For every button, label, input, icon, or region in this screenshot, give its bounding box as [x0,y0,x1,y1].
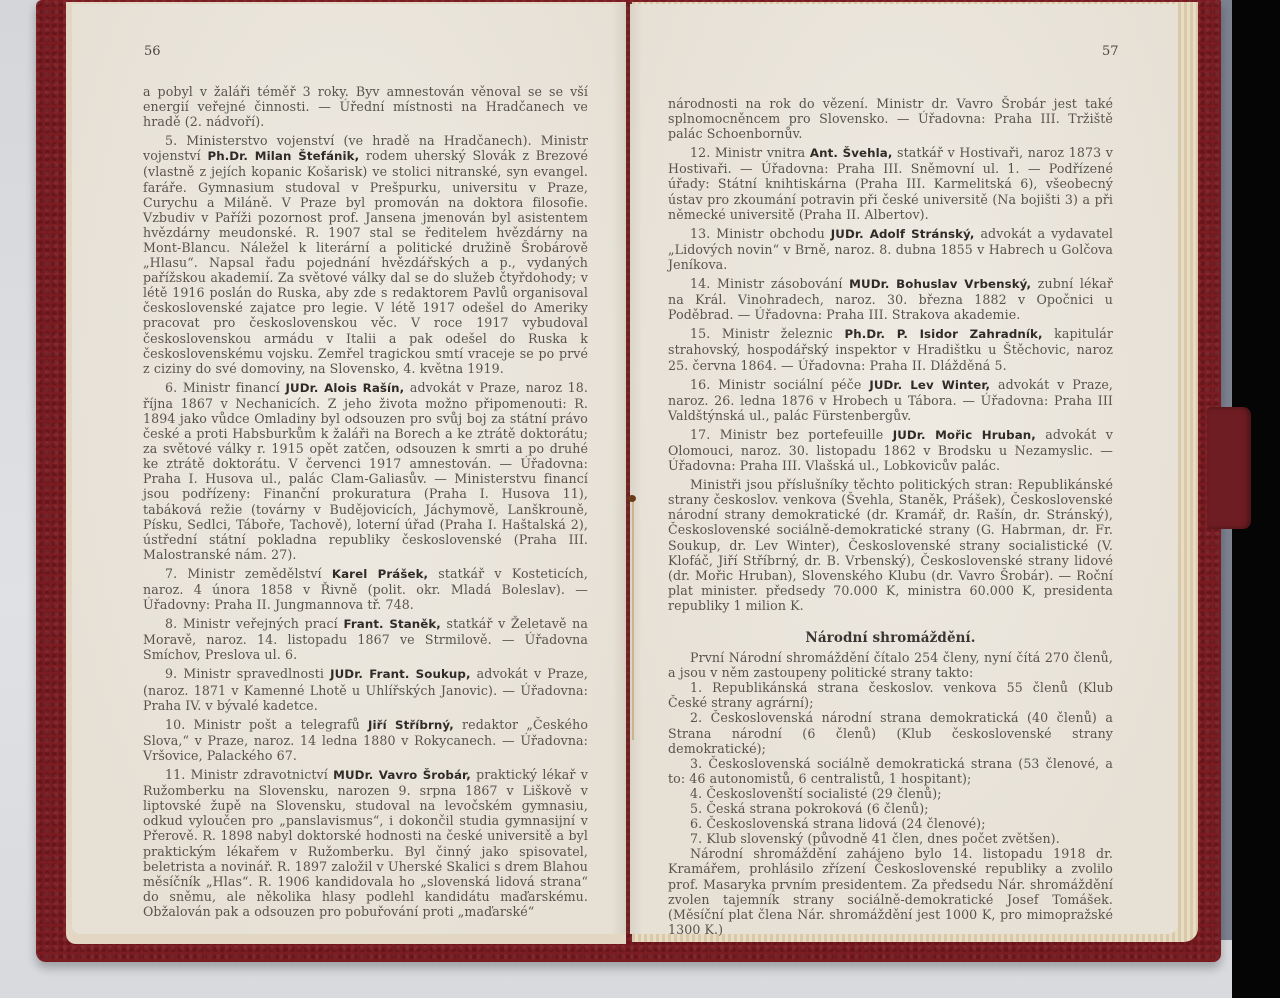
binding-knot [628,495,636,502]
party-list-item: 6. Československá strana lidová (24 člen… [668,816,1113,831]
right-page-text: národnosti na rok do vězení. Ministr dr.… [668,96,1113,941]
minister-name: JUDr. Alois Rašín, [286,381,405,395]
paragraph-party-affiliations: Ministři jsou příslušníky těchto politic… [668,477,1113,613]
party-list-item: 5. Česká strana pokroková (6 členů); [668,801,1113,816]
minister-name: Ph.Dr. P. Isidor Zahradník, [845,327,1043,341]
minister-name: JUDr. Frant. Soukup, [330,667,470,681]
minister-name: JUDr. Adolf Stránský, [831,227,975,241]
binding-thread [632,500,634,740]
minister-name: Ant. Švehla, [810,146,893,160]
paragraph-minister-10: 10. Ministr pošt a telegrafů Jiří Stříbr… [143,717,588,763]
left-page-text: a pobyl v žaláři téměř 3 roky. Byv amnes… [143,84,588,923]
minister-name: Frant. Staněk, [343,617,440,631]
paragraph-continuation: a pobyl v žaláři téměř 3 roky. Byv amnes… [143,84,588,129]
minister-name: Jiří Stříbrný, [368,718,454,732]
paragraph-minister-16: 16. Ministr sociální péče JUDr. Lev Wint… [668,377,1113,423]
paragraph-minister-7: 7. Ministr zemědělství Karel Prášek, sta… [143,566,588,612]
paragraph-minister-12: 12. Ministr vnitra Ant. Švehla, statkář … [668,145,1113,221]
paragraph-minister-15: 15. Ministr železnic Ph.Dr. P. Isidor Za… [668,326,1113,372]
section-closing: Národní shromáždění zahájeno bylo 14. li… [668,846,1113,937]
party-list-item: 7. Klub slovenský (původně 41 člen, dnes… [668,831,1113,846]
section-heading: Národní shromáždění. [668,631,1113,646]
paragraph-minister-17: 17. Ministr bez portefeuille JUDr. Mořic… [668,427,1113,473]
minister-name: MUDr. Bohuslav Vrbenský, [849,277,1031,291]
paragraph-minister-6: 6. Ministr financí JUDr. Alois Rašín, ad… [143,380,588,562]
party-list-item: 1. Republikánská strana českoslov. venko… [668,680,1113,710]
minister-name: Karel Prášek, [332,567,428,581]
party-list-item: 2. Československá národní strana demokra… [668,710,1113,755]
minister-name: JUDr. Mořic Hruban, [893,428,1036,442]
paragraph-minister-14: 14. Ministr zásobování MUDr. Bohuslav Vr… [668,276,1113,322]
minister-name: MUDr. Vavro Šrobár, [333,768,471,782]
paragraph-continuation: národnosti na rok do vězení. Ministr dr.… [668,96,1113,141]
paragraph-minister-11: 11. Ministr zdravotnictví MUDr. Vavro Šr… [143,767,588,919]
paragraph-minister-5: 5. Ministerstvo vojenství (ve hradě na H… [143,133,588,376]
party-list-item: 3. Československá sociálně demokratická … [668,756,1113,786]
minister-name: Ph.Dr. Milan Štefánik, [207,149,359,163]
section-intro: První Národní shromáždění čítalo 254 čle… [668,650,1113,680]
party-list-item: 4. Českoslovenští socialisté (29 členů); [668,786,1113,801]
page-number-left: 56 [144,44,161,59]
book-gutter [612,4,642,934]
paragraph-minister-13: 13. Ministr obchodu JUDr. Adolf Stránský… [668,226,1113,272]
paragraph-minister-8: 8. Ministr veřejných prací Frant. Staněk… [143,616,588,662]
minister-name: JUDr. Lev Winter, [869,378,990,392]
bookmark-tab[interactable] [1207,407,1251,529]
paragraph-minister-9: 9. Ministr spravedlnosti JUDr. Frant. So… [143,666,588,712]
page-number-right: 57 [1102,44,1119,59]
